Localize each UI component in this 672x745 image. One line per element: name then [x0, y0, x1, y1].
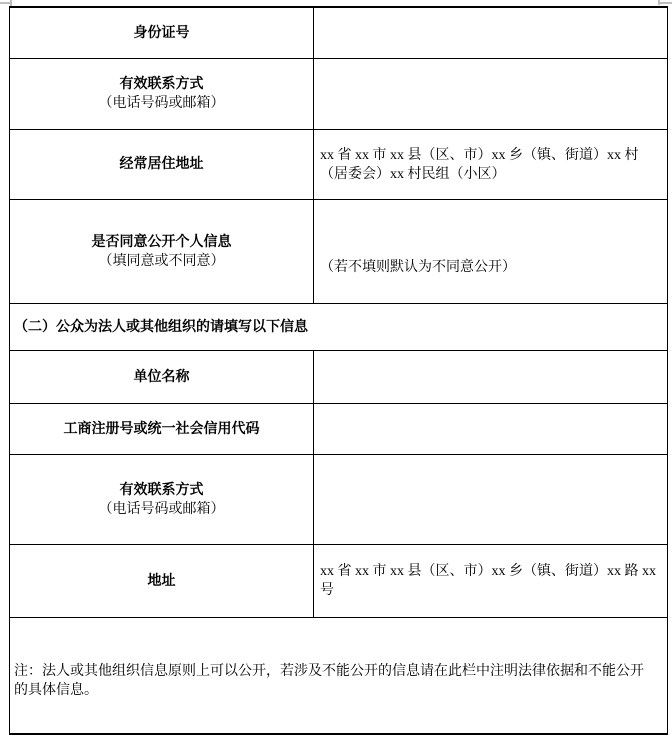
- row-id-number: 身份证号: [10, 8, 667, 59]
- registration-code-value-cell[interactable]: [314, 404, 667, 454]
- page-edge-artifact-top-right: [660, 2, 672, 4]
- row-residence-address: 经常居住地址 xx 省 xx 市 xx 县（区、市）xx 乡（镇、街道）xx 村…: [10, 130, 667, 200]
- organization-address-value-cell[interactable]: xx 省 xx 市 xx 县（区、市）xx 乡（镇、街道）xx 路 xx 号: [314, 545, 667, 617]
- organization-name-value-cell[interactable]: [314, 351, 667, 403]
- note-text: 注：法人或其他组织信息原则上可以公开，若涉及不能公开的信息请在此栏中注明法律依据…: [14, 652, 657, 700]
- field-label-cell: 地址: [10, 545, 314, 617]
- row-note: 注：法人或其他组织信息原则上可以公开，若涉及不能公开的信息请在此栏中注明法律依据…: [10, 618, 667, 733]
- application-form-table: 身份证号 有效联系方式 （电话号码或邮箱） 经常居住地址 xx 省 xx 市 x…: [9, 6, 668, 735]
- row-organization-name: 单位名称: [10, 351, 667, 404]
- field-label-cell: 工商注册号或统一社会信用代码: [10, 404, 314, 454]
- field-label-cell: 是否同意公开个人信息 （填同意或不同意）: [10, 200, 314, 303]
- field-label-cell: 身份证号: [10, 8, 314, 58]
- row-organization-contact: 有效联系方式 （电话号码或邮箱）: [10, 455, 667, 545]
- consent-default-hint: （若不填则默认为不同意公开）: [320, 258, 657, 277]
- note-cell[interactable]: 注：法人或其他组织信息原则上可以公开，若涉及不能公开的信息请在此栏中注明法律依据…: [10, 618, 667, 733]
- document-page: 身份证号 有效联系方式 （电话号码或邮箱） 经常居住地址 xx 省 xx 市 x…: [0, 0, 672, 745]
- field-label: 有效联系方式: [120, 75, 204, 94]
- field-label: 工商注册号或统一社会信用代码: [64, 420, 260, 439]
- row-personal-contact: 有效联系方式 （电话号码或邮箱）: [10, 59, 667, 130]
- consent-value-cell[interactable]: （若不填则默认为不同意公开）: [314, 200, 667, 303]
- field-label: 经常居住地址: [120, 155, 204, 174]
- field-label-cell: 有效联系方式 （电话号码或邮箱）: [10, 59, 314, 129]
- residence-address-value-cell[interactable]: xx 省 xx 市 xx 县（区、市）xx 乡（镇、街道）xx 村（居委会）xx…: [314, 130, 667, 199]
- residence-address-value: xx 省 xx 市 xx 县（区、市）xx 乡（镇、街道）xx 村（居委会）xx…: [320, 146, 657, 184]
- field-label-cell: 单位名称: [10, 351, 314, 403]
- row-registration-code: 工商注册号或统一社会信用代码: [10, 404, 667, 455]
- row-organization-address: 地址 xx 省 xx 市 xx 县（区、市）xx 乡（镇、街道）xx 路 xx …: [10, 545, 667, 618]
- row-section-header-organization: （二）公众为法人或其他组织的请填写以下信息: [10, 304, 667, 351]
- field-label: 有效联系方式: [120, 481, 204, 500]
- field-label: 是否同意公开个人信息: [92, 233, 232, 252]
- field-sublabel: （电话号码或邮箱）: [99, 500, 225, 519]
- personal-contact-value-cell[interactable]: [314, 59, 667, 129]
- page-edge-artifact-top-right: [658, 0, 660, 5]
- row-consent-disclosure: 是否同意公开个人信息 （填同意或不同意） （若不填则默认为不同意公开）: [10, 200, 667, 304]
- field-label-cell: 有效联系方式 （电话号码或邮箱）: [10, 455, 314, 544]
- field-label: 单位名称: [134, 368, 190, 387]
- field-sublabel: （填同意或不同意）: [99, 252, 225, 271]
- id-number-value-cell[interactable]: [314, 8, 667, 58]
- section-header-cell: （二）公众为法人或其他组织的请填写以下信息: [10, 304, 667, 350]
- field-label: 身份证号: [134, 24, 190, 43]
- section-title: （二）公众为法人或其他组织的请填写以下信息: [14, 318, 657, 337]
- field-label-cell: 经常居住地址: [10, 130, 314, 199]
- field-sublabel: （电话号码或邮箱）: [99, 94, 225, 113]
- field-label: 地址: [148, 572, 176, 591]
- organization-contact-value-cell[interactable]: [314, 455, 667, 544]
- organization-address-value: xx 省 xx 市 xx 县（区、市）xx 乡（镇、街道）xx 路 xx 号: [320, 562, 657, 600]
